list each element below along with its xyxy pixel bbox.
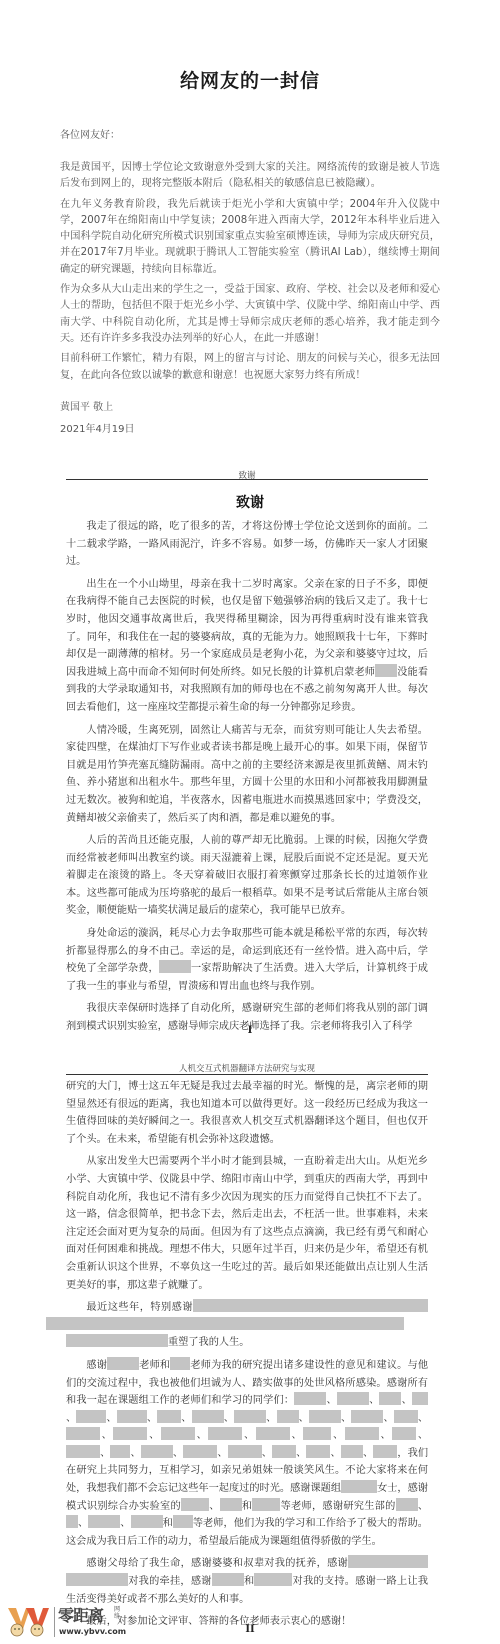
- redacted-name: [66, 1445, 100, 1458]
- watermark-url: www.ybvv.com: [59, 1627, 126, 1636]
- redacted-name: [341, 1480, 377, 1493]
- text-run: 和: [244, 1576, 255, 1587]
- separator: 、: [290, 1430, 303, 1441]
- redacted-name: [351, 1410, 383, 1423]
- redacted-text: [193, 1299, 428, 1312]
- redacted-name: [256, 1427, 290, 1440]
- separator: 、: [66, 1413, 76, 1424]
- redacted-name: [277, 1410, 299, 1423]
- redacted-name: [309, 1410, 341, 1423]
- text-run: 等老师，感谢研究生部的: [280, 1501, 395, 1512]
- text-run: 和: [242, 1501, 253, 1512]
- separator: 、: [331, 1430, 344, 1441]
- separator: 、: [296, 1448, 306, 1459]
- thesis-paragraph: 研究的大门，博士这五年无疑是我过去最幸福的时光。惭愧的是，离宗老师的期望显然还有…: [66, 1078, 428, 1148]
- separator: 、: [262, 1448, 272, 1459]
- redacted-name: [131, 1515, 163, 1528]
- text-run: 出生在一个小山坳里，母亲在我十二岁时离家。父亲在家的日子不多，即便在我病得不能自…: [66, 579, 428, 678]
- letter-greeting: 各位网友好：: [60, 126, 120, 141]
- redacted-name: [228, 1445, 262, 1458]
- redacted-name: [254, 1573, 292, 1586]
- separator: 、: [363, 1448, 373, 1459]
- thesis-page-1-body: 我走了很远的路，吃了很多的苦，才将这份博士学位论文送到你的面前。二十二载求学路，…: [66, 518, 428, 1041]
- separator: 、: [416, 1430, 428, 1441]
- redacted-name: [117, 1410, 147, 1423]
- separator: 、: [181, 1413, 191, 1424]
- thesis-paragraph: 感谢父母给了我生命，感谢婆婆和叔辈对我的抚养，感谢对我的牵挂，感谢和对我的支持。…: [66, 1555, 428, 1608]
- separator: 、: [100, 1448, 110, 1459]
- redacted-name: [294, 1392, 326, 1405]
- redacted-name: [173, 1515, 193, 1528]
- redacted-name: [76, 1410, 106, 1423]
- redacted-name: [66, 1515, 78, 1528]
- separator: 、: [100, 1430, 113, 1441]
- separator: 、: [326, 1395, 337, 1406]
- thesis-page-2-body: 研究的大门，博士这五年无疑是我过去最幸福的时光。惭愧的是，离宗老师的期望显然还有…: [66, 1078, 428, 1636]
- text-run: 最近这些年，特别感谢: [86, 1302, 193, 1313]
- thesis-paragraph: 我走了很远的路，吃了很多的苦，才将这份博士学位论文送到你的面前。二十二载求学路，…: [66, 518, 428, 571]
- redacted-name: [394, 1410, 418, 1423]
- redacted-name: [396, 1498, 418, 1511]
- text-run: 感谢: [86, 1360, 107, 1371]
- text-run: 和: [163, 1518, 173, 1529]
- thesis-paragraph: 感谢老师和老师为我的研究提出诸多建设性的意见和建议。与他们的交流过程中，我也被他…: [66, 1357, 428, 1551]
- redacted-name: [252, 1498, 280, 1511]
- separator: 、: [242, 1430, 255, 1441]
- separator: 、: [78, 1518, 88, 1529]
- separator: 、: [299, 1413, 309, 1424]
- redacted-name: [212, 1573, 244, 1586]
- redacted-name: [113, 1427, 147, 1440]
- thesis-paragraph: 最近这些年，特别感谢重塑了我的人生。: [66, 1299, 428, 1352]
- redacted-text: [66, 1334, 168, 1347]
- redacted-name: [341, 1445, 363, 1458]
- separator: 、: [147, 1413, 157, 1424]
- separator: 、: [401, 1395, 412, 1406]
- letter-paragraph: 作为众多从大山走出来的学生之一，受益于国家、政府、学校、社会以及老师和爱心人士的…: [60, 282, 440, 347]
- redacted-name: [303, 1427, 331, 1440]
- letter-paragraph: 目前科研工作繁忙，精力有限，网上的留言与讨论、朋友的问候与关心，很多无法回复，在…: [60, 351, 440, 384]
- separator: 、: [369, 1395, 380, 1406]
- redacted-name: [110, 1445, 130, 1458]
- header-rule: [66, 1074, 428, 1075]
- separator: 、: [130, 1448, 140, 1459]
- separator: 、: [120, 1518, 130, 1529]
- redacted-name: [272, 1445, 296, 1458]
- redacted-name: [220, 1498, 242, 1511]
- thesis-paragraph: 出生在一个小山坳里，母亲在我十二岁时离家。父亲在家的日子不多，即便在我病得不能自…: [66, 576, 428, 717]
- redacted-text: [348, 1555, 428, 1568]
- redacted-name: [107, 1357, 139, 1370]
- redacted-name: [375, 664, 397, 677]
- running-head: 人机交互式机器翻译方法研究与实现: [66, 1062, 428, 1074]
- redacted-name: [345, 1427, 379, 1440]
- letter-signature: 黄国平 敬上: [60, 398, 113, 413]
- redacted-name: [379, 1392, 401, 1405]
- letter-paragraph: 在九年义务教育阶段，我先后就读于炬光小学和大寅镇中学；2004年升入仪陇中学，2…: [60, 197, 440, 278]
- separator: 、: [341, 1413, 351, 1424]
- separator: 、: [209, 1501, 220, 1512]
- separator: 、: [217, 1448, 227, 1459]
- redacted-name: [306, 1445, 330, 1458]
- separator: 、: [266, 1413, 276, 1424]
- thesis-paragraph: 从家出发坐大巴需要两个半小时才能到县城，一直盼着走出大山。从炬光乡小学、大寅镇中…: [66, 1153, 428, 1294]
- redacted-name: [157, 1410, 181, 1423]
- separator: 、: [106, 1413, 116, 1424]
- redacted-name: [183, 1445, 217, 1458]
- thesis-paragraph: 人后的苦尚且还能克服，人前的尊严却无比脆弱。上课的时候，因拖欠学费而经常被老师叫…: [66, 832, 428, 920]
- watermark-logo-icon: [6, 1605, 50, 1637]
- header-rule: [66, 479, 428, 480]
- page-number: I: [0, 1025, 500, 1036]
- redacted-name: [373, 1445, 397, 1458]
- redacted-name: [181, 1498, 209, 1511]
- redacted-name: [66, 1427, 100, 1440]
- redacted-name: [88, 1515, 120, 1528]
- separator: 、: [383, 1413, 393, 1424]
- redacted-text: [66, 1573, 128, 1586]
- text-run: 重塑了我的人生。: [168, 1337, 250, 1348]
- redacted-name: [392, 1427, 416, 1440]
- letter-date: 2021年4月19日: [60, 420, 135, 435]
- redacted-name: [412, 1392, 428, 1405]
- redacted-name: [159, 960, 191, 973]
- thesis-paragraph: 身处命运的漩涡，耗尽心力去争取那些可能本就是稀松平常的东西，每次转折都显得那么的…: [66, 925, 428, 995]
- separator: 、: [173, 1448, 183, 1459]
- separator: 、: [418, 1413, 428, 1424]
- watermark-brand-suffix: 网络: [114, 1606, 124, 1620]
- watermark-divider: [54, 1607, 55, 1637]
- redacted-name: [170, 1357, 190, 1370]
- text-run: 感谢父母给了我生命，感谢婆婆和叔辈对我的抚养，感谢: [86, 1558, 348, 1569]
- letter-page: 给网友的一封信 各位网友好： 我是黄国平，因博士学位论文致谢意外受到大家的关注。…: [0, 0, 500, 420]
- redacted-name: [234, 1410, 266, 1423]
- redacted-name: [161, 1427, 195, 1440]
- acknowledgement-title: 致谢: [0, 492, 500, 512]
- letter-paragraph: 我是黄国平，因博士学位论文致谢意外受到大家的关注。网络流传的致谢是被人节选后发布…: [60, 160, 440, 193]
- redacted-name: [141, 1445, 173, 1458]
- thesis-paragraph: 人情冷暖，生离死别，固然让人痛苦与无奈，而贫穷则可能让人失去希望。家徒四壁，在煤…: [66, 722, 428, 828]
- text-run: 老师和: [139, 1360, 170, 1371]
- letter-body: 我是黄国平，因博士学位论文致谢意外受到大家的关注。网络流传的致谢是被人节选后发布…: [60, 160, 440, 388]
- separator: 、: [330, 1448, 340, 1459]
- separator: 、: [195, 1430, 208, 1441]
- redacted-name: [208, 1427, 242, 1440]
- watermark-brand: 零距离: [58, 1603, 103, 1626]
- separator: 、: [224, 1413, 234, 1424]
- letter-title: 给网友的一封信: [0, 66, 500, 93]
- redacted-name: [192, 1410, 224, 1423]
- text-run: 对我的牵挂，感谢: [128, 1576, 212, 1587]
- separator: 、: [147, 1430, 160, 1441]
- redacted-text: [46, 1317, 404, 1330]
- separator: 、: [379, 1430, 392, 1441]
- site-watermark: 零距离 网络 www.ybvv.com: [6, 1603, 136, 1641]
- separator: 、: [418, 1501, 428, 1512]
- redacted-name: [337, 1392, 369, 1405]
